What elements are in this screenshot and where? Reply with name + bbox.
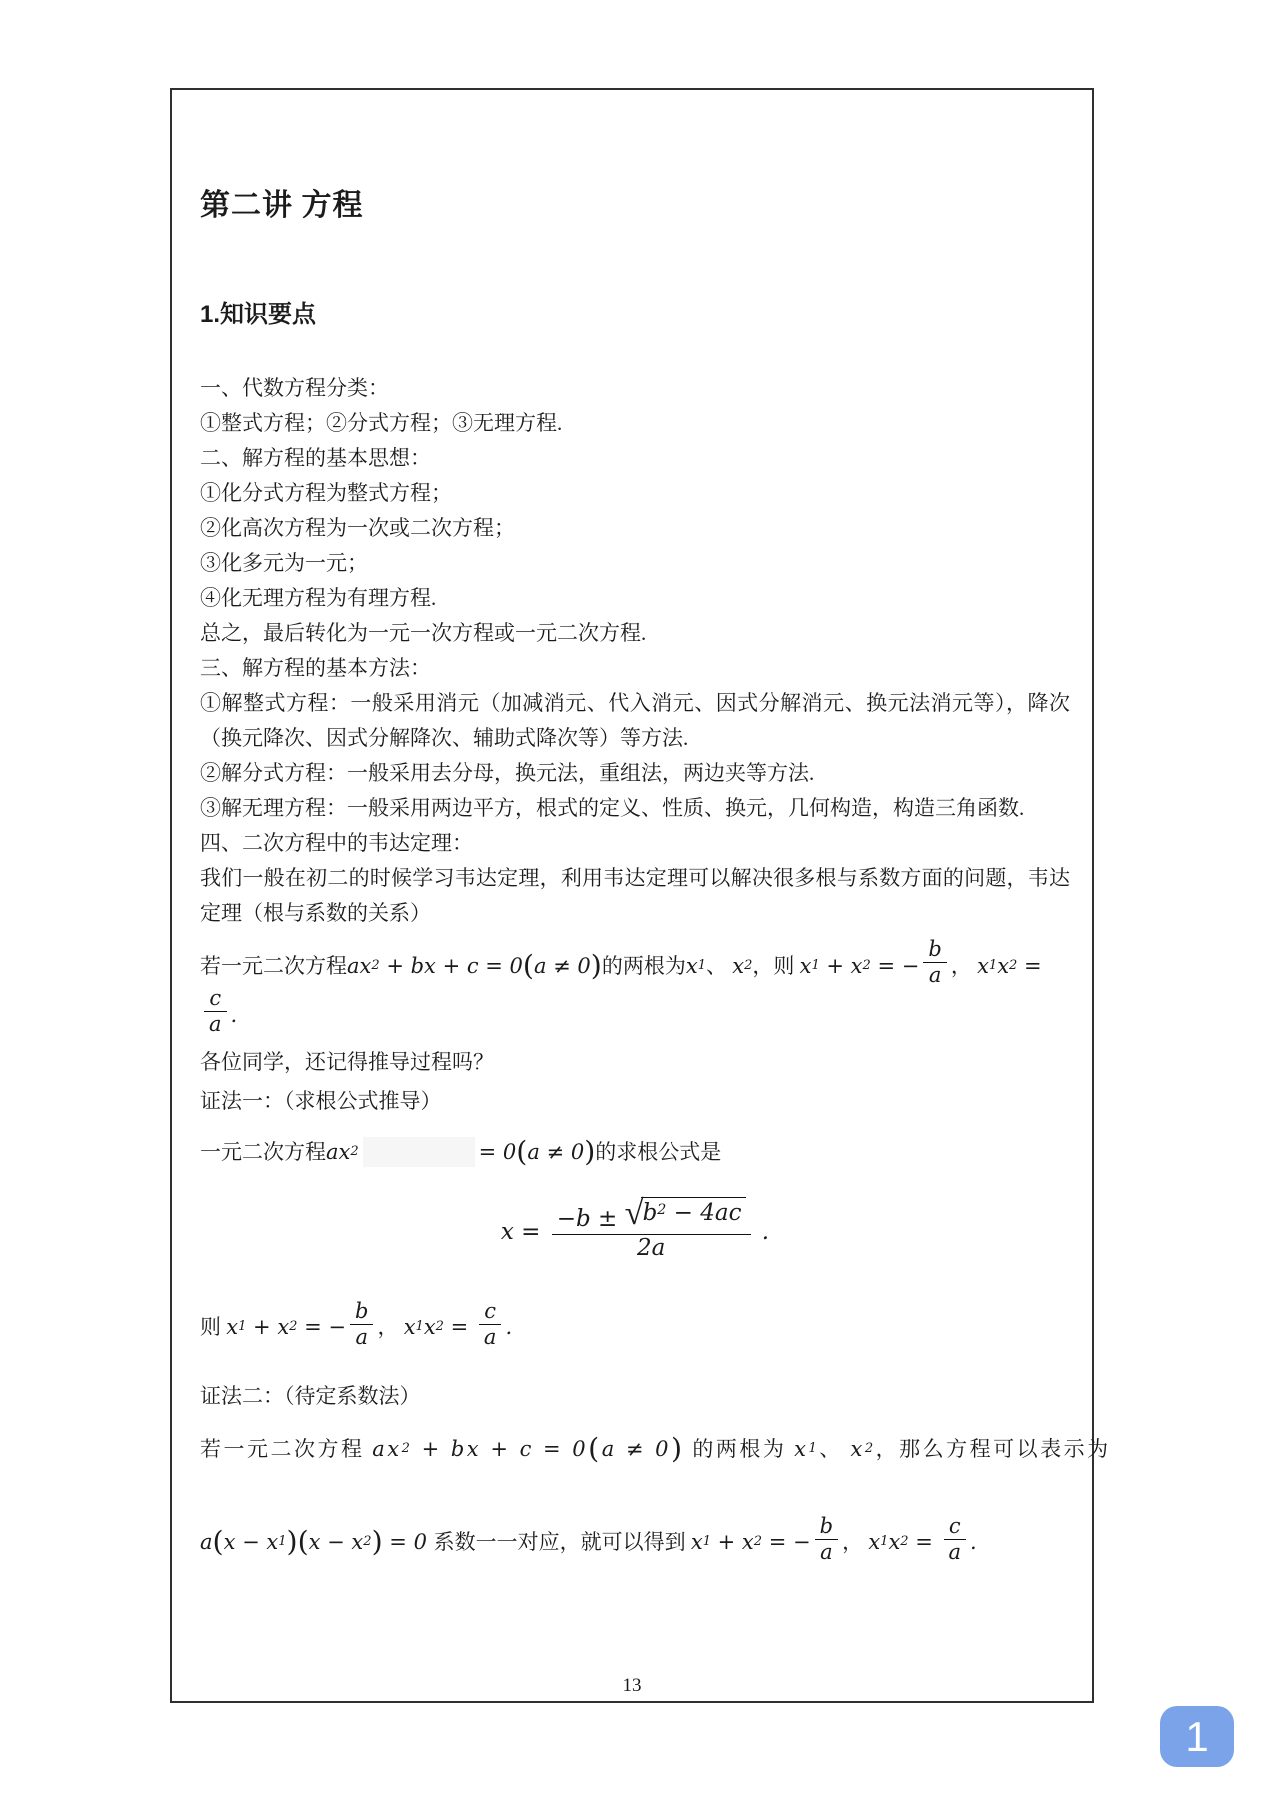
proof-method1-title: 证法一：（求根公式推导） (200, 1084, 1070, 1119)
section-heading: 1.知识要点 (200, 294, 1070, 329)
text-line: 三、解方程的基本方法： (200, 651, 1070, 686)
knowledge-points-block: 一、代数方程分类： ①整式方程；②分式方程；③无理方程. 二、解方程的基本思想：… (200, 371, 1070, 931)
root-formula-intro: 一元二次方程ax2= 0(a ≠ 0)的求根公式是 (200, 1129, 1070, 1175)
text-line: ②解分式方程：一般采用去分母，换元法，重组法，两边夹等方法. (200, 756, 1070, 791)
text-line: 四、二次方程中的韦达定理： (200, 826, 1070, 861)
text-line: 我们一般在初二的时候学习韦达定理，利用韦达定理可以解决很多根与系数方面的问题，韦… (200, 861, 1070, 931)
text-line: ③解无理方程：一般采用两边平方，根式的定义、性质、换元，几何构造，构造三角函数. (200, 791, 1070, 826)
derivation-question: 各位同学，还记得推导过程吗？ (200, 1045, 1070, 1080)
quadratic-formula: x = −b ± √b2 − 4ac2a . (200, 1189, 1070, 1275)
lecture-title: 第二讲 方程 (200, 180, 1070, 224)
document-page: 第二讲 方程 1.知识要点 一、代数方程分类： ①整式方程；②分式方程；③无理方… (170, 88, 1094, 1703)
vieta-theorem-formula: 若一元二次方程ax2 + bx + c = 0(a ≠ 0)的两根为x1、 x2… (200, 941, 1070, 1039)
method2-equation-line: 若一元二次方程 ax2 + bx + c = 0(a ≠ 0) 的两根为 x1、… (200, 1426, 1070, 1472)
vieta-result-formula: 则 x1 + x2 = −ba， x1x2 = ca. (200, 1289, 1070, 1365)
text-line: ③化多元为一元； (200, 546, 1070, 581)
text-line: ②化高次方程为一次或二次方程； (200, 511, 1070, 546)
text-line: 一、代数方程分类： (200, 371, 1070, 406)
text-line: ④化无理方程为有理方程. (200, 581, 1070, 616)
page-number: 13 (172, 1675, 1092, 1697)
proof-method2-title: 证法二：（待定系数法） (200, 1379, 1070, 1414)
text-line: ①解整式方程：一般采用消元（加减消元、代入消元、因式分解消元、换元法消元等），降… (200, 686, 1070, 756)
page-indicator-badge[interactable]: 1 (1160, 1706, 1234, 1767)
text-line: 总之，最后转化为一元一次方程或一元二次方程. (200, 616, 1070, 651)
text-line: ①化分式方程为整式方程； (200, 476, 1070, 511)
factored-form-formula: a(x − x1)(x − x2) = 0 系数一一对应，就可以得到 x1 + … (200, 1498, 1070, 1586)
text-line: ①整式方程；②分式方程；③无理方程. (200, 406, 1070, 441)
text-line: 二、解方程的基本思想： (200, 441, 1070, 476)
